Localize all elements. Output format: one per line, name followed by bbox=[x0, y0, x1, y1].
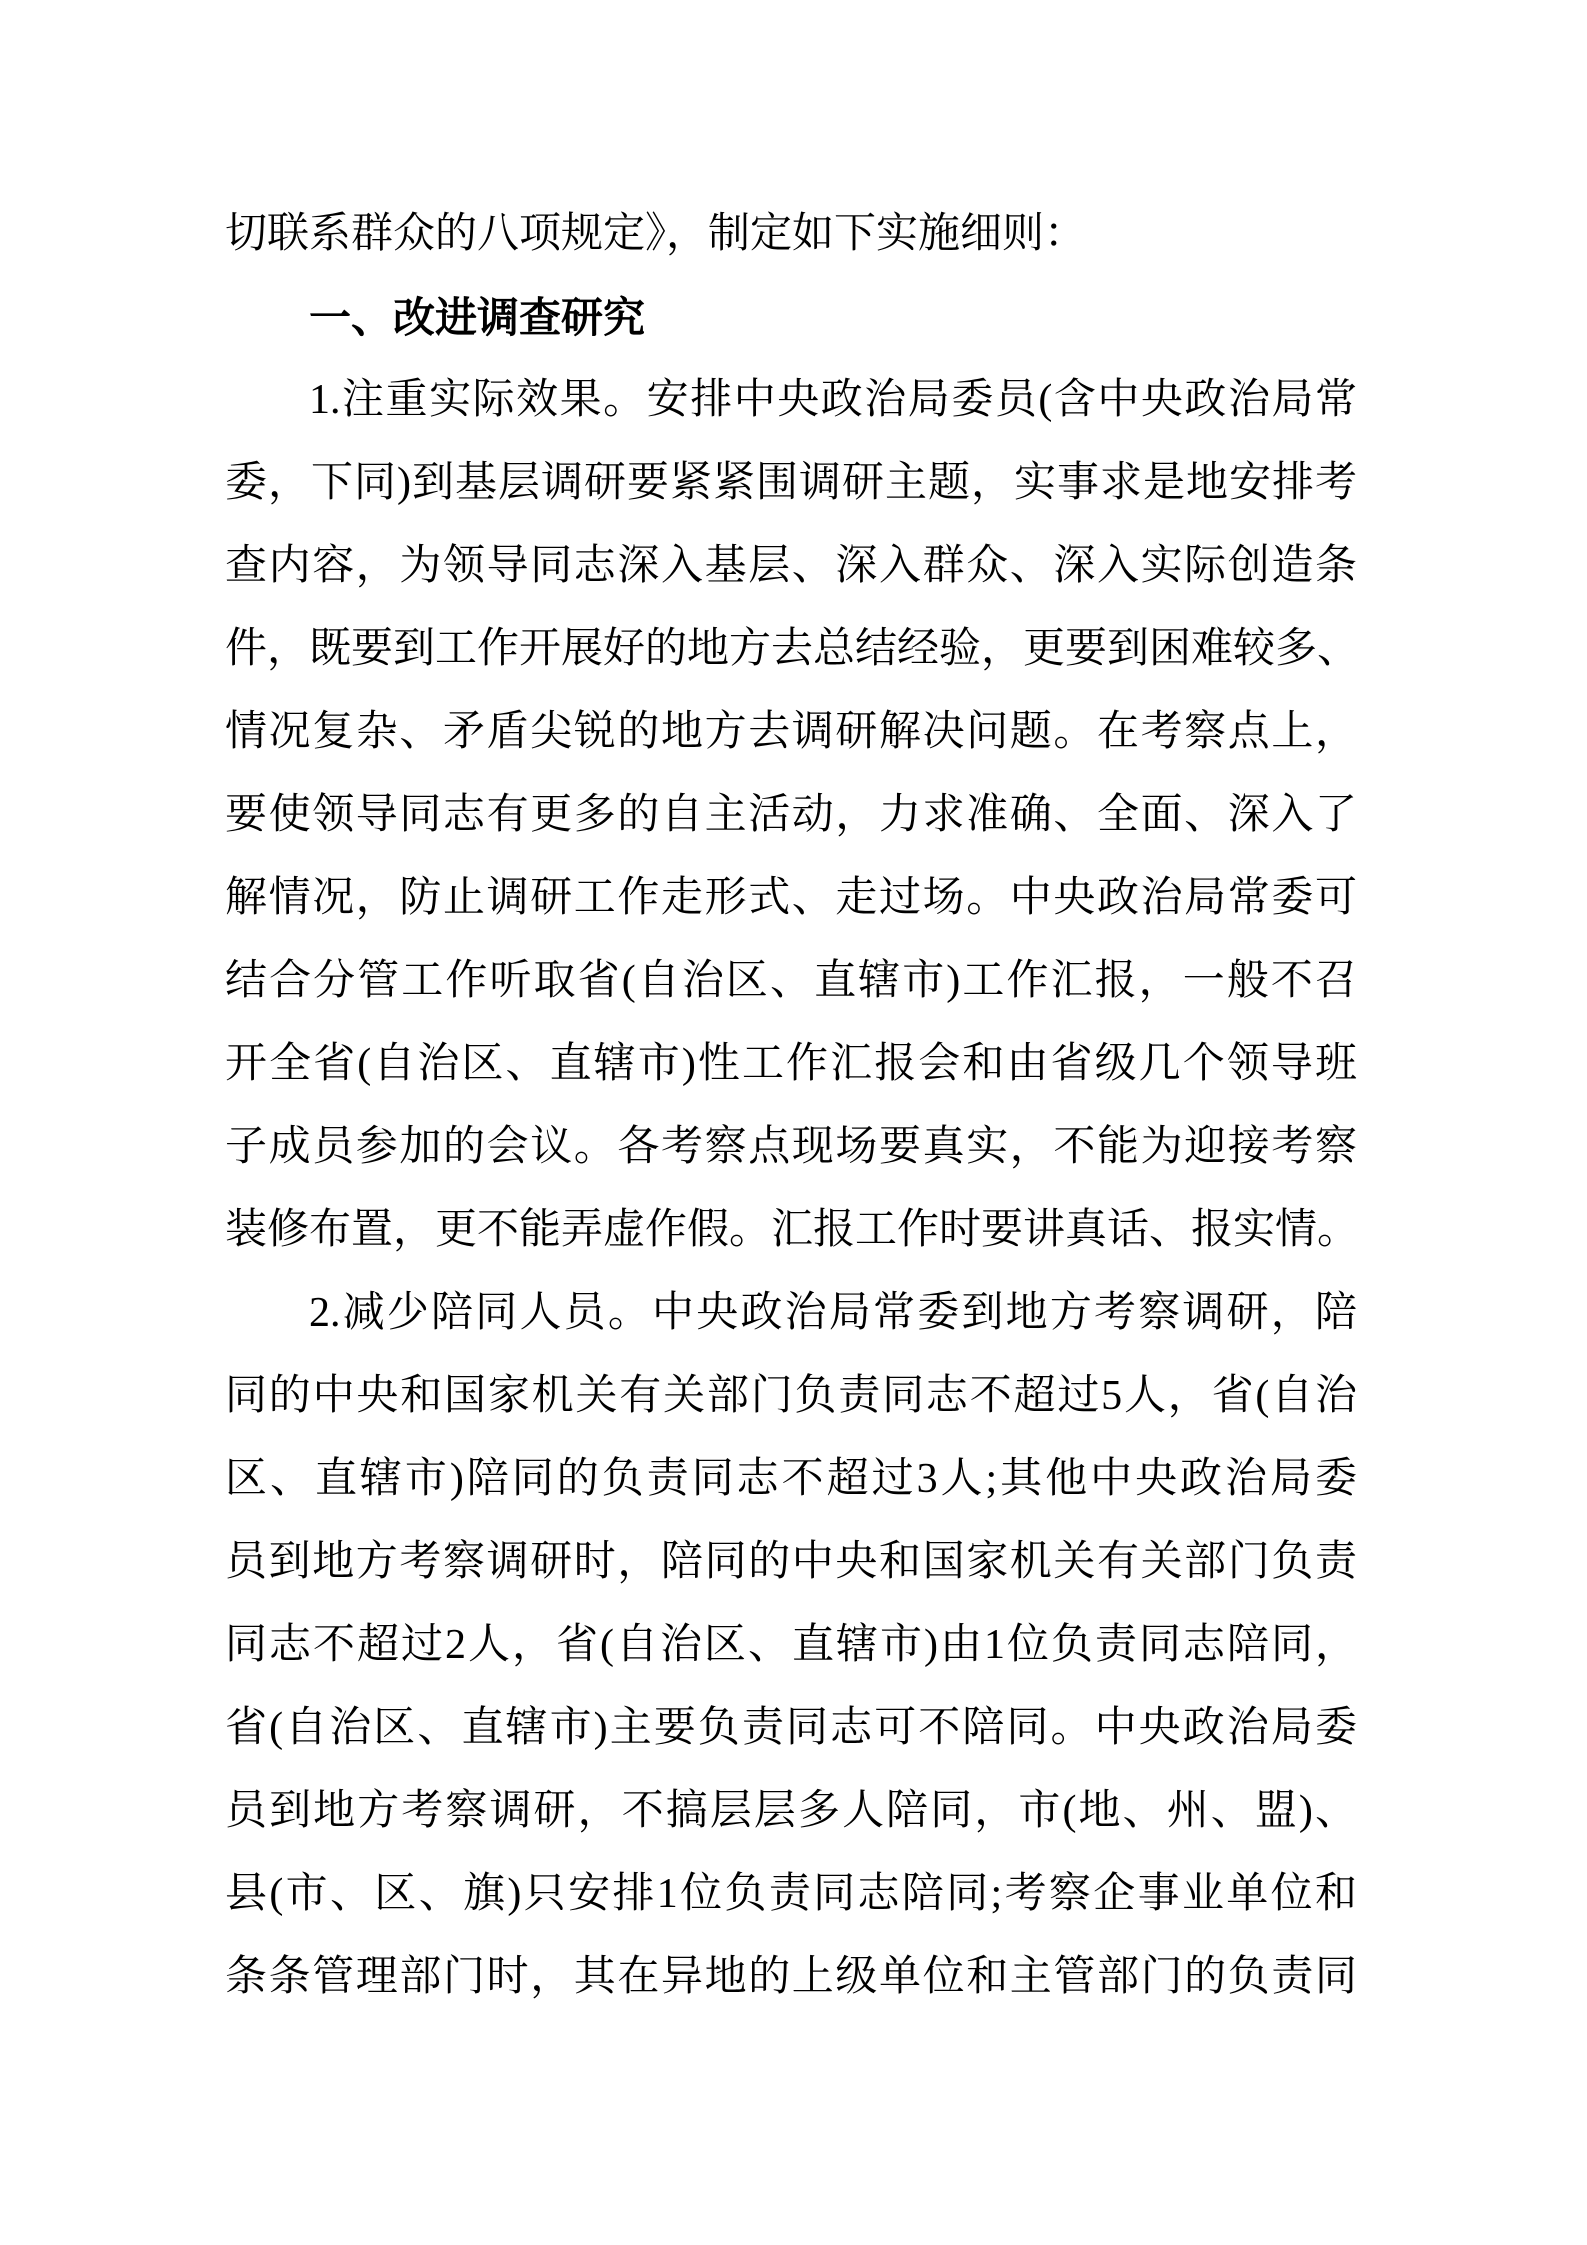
paragraph-2-line-7: 员到地方考察调研，不搞层层多人陪同，市(地、州、盟)、 bbox=[225, 1770, 1357, 1853]
paragraph-2-line-6: 省(自治区、直辖市)主要负责同志可不陪同。中央政治局委 bbox=[225, 1687, 1357, 1770]
paragraph-1-line-1: 1.注重实际效果。安排中央政治局委员(含中央政治局常 bbox=[225, 359, 1357, 442]
paragraph-2-line-9: 条条管理部门时，其在异地的上级单位和主管部门的负责同 bbox=[225, 1936, 1357, 2019]
paragraph-1-line-11: 装修布置，更不能弄虚作假。汇报工作时要讲真话、报实情。 bbox=[225, 1189, 1357, 1272]
document-page: 切联系群众的八项规定》，制定如下实施细则： 一、改进调查研究 1.注重实际效果。… bbox=[225, 193, 1357, 2019]
paragraph-2-line-5: 同志不超过2人，省(自治区、直辖市)由1位负责同志陪同， bbox=[225, 1604, 1357, 1687]
paragraph-1-line-10: 子成员参加的会议。各考察点现场要真实，不能为迎接考察 bbox=[225, 1106, 1357, 1189]
paragraph-2-line-4: 员到地方考察调研时，陪同的中央和国家机关有关部门负责 bbox=[225, 1521, 1357, 1604]
paragraph-1-line-7: 解情况，防止调研工作走形式、走过场。中央政治局常委可 bbox=[225, 857, 1357, 940]
paragraph-1-line-3: 查内容，为领导同志深入基层、深入群众、深入实际创造条 bbox=[225, 525, 1357, 608]
paragraph-2-line-3: 区、直辖市)陪同的负责同志不超过3人;其他中央政治局委 bbox=[225, 1438, 1357, 1521]
paragraph-2-line-8: 县(市、区、旗)只安排1位负责同志陪同;考察企事业单位和 bbox=[225, 1853, 1357, 1936]
paragraphs: 1.注重实际效果。安排中央政治局委员(含中央政治局常委，下同)到基层调研要紧紧围… bbox=[225, 359, 1357, 2019]
continuation-line: 切联系群众的八项规定》，制定如下实施细则： bbox=[225, 193, 1357, 276]
paragraph-1-line-2: 委，下同)到基层调研要紧紧围调研主题，实事求是地安排考 bbox=[225, 442, 1357, 525]
paragraph-2-line-1: 2.减少陪同人员。中央政治局常委到地方考察调研，陪 bbox=[225, 1272, 1357, 1355]
paragraph-1-line-9: 开全省(自治区、直辖市)性工作汇报会和由省级几个领导班 bbox=[225, 1023, 1357, 1106]
paragraph-1-line-5: 情况复杂、矛盾尖锐的地方去调研解决问题。在考察点上， bbox=[225, 691, 1357, 774]
paragraph-1-line-6: 要使领导同志有更多的自主活动，力求准确、全面、深入了 bbox=[225, 774, 1357, 857]
paragraph-1-line-8: 结合分管工作听取省(自治区、直辖市)工作汇报，一般不召 bbox=[225, 940, 1357, 1023]
paragraph-1-line-4: 件，既要到工作开展好的地方去总结经验，更要到困难较多、 bbox=[225, 608, 1357, 691]
paragraph-2-line-2: 同的中央和国家机关有关部门负责同志不超过5人，省(自治 bbox=[225, 1355, 1357, 1438]
section-heading: 一、改进调查研究 bbox=[225, 276, 1357, 359]
